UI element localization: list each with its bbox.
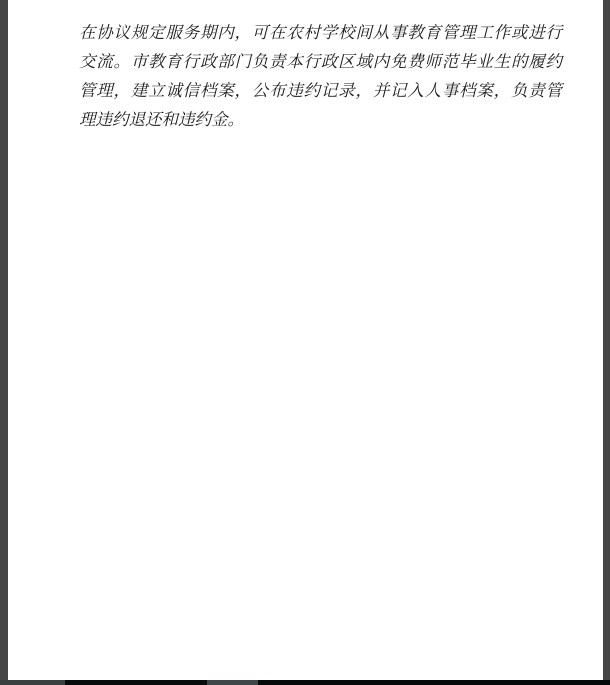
bottom-edge-segment — [207, 680, 258, 685]
paragraph-line: 理违约退还和违约金。 — [79, 105, 562, 134]
window-left-edge — [0, 0, 8, 680]
bottom-edge-segment — [258, 680, 610, 685]
bottom-edge-segment — [0, 680, 65, 685]
paragraph-line: 管理，建立诚信档案，公布违约记录，并记入人事档案，负责管 — [79, 76, 562, 105]
window-bottom-edge — [0, 680, 610, 685]
paragraph-line: 在协议规定服务期内，可在农村学校间从事教育管理工作或进行 — [79, 18, 562, 47]
paragraph-line: 交流。市教育行政部门负责本行政区域内免费师范毕业生的履约 — [79, 47, 562, 76]
screenshot-root: { "window": { "edge_color": "#454545", "… — [0, 0, 610, 685]
window-right-edge — [603, 0, 610, 680]
document-paragraph: 在协议规定服务期内，可在农村学校间从事教育管理工作或进行 交流。市教育行政部门负… — [79, 18, 562, 134]
bottom-edge-segment — [65, 680, 207, 685]
document-page: 在协议规定服务期内，可在农村学校间从事教育管理工作或进行 交流。市教育行政部门负… — [8, 0, 603, 680]
